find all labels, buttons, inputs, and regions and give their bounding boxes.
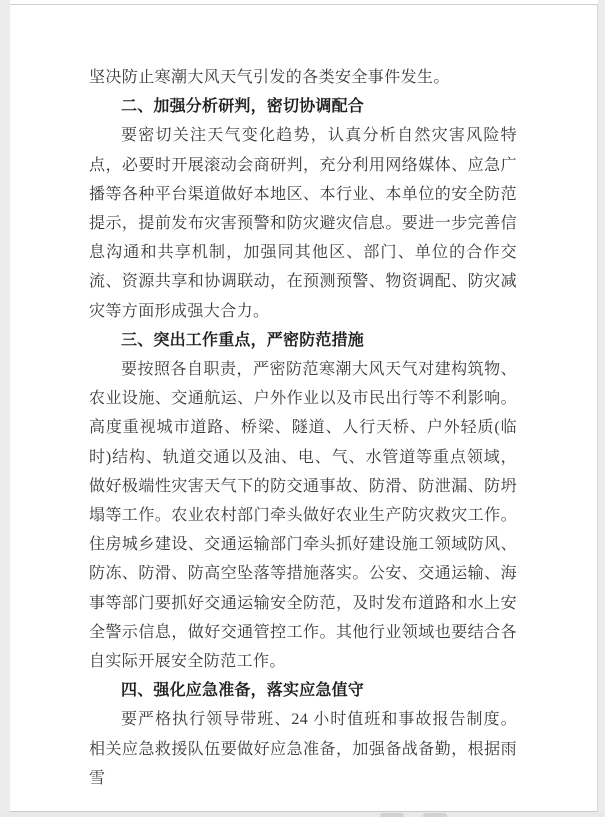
section-3-paragraph: 要按照各自职责，严密防范寒潮大风天气对建构筑物、农业设施、交通航运、户外作业以及…: [89, 355, 517, 676]
bottom-scrollbar-track: [0, 812, 605, 817]
scrollbar-thumb[interactable]: [380, 813, 404, 817]
section-heading-3: 三、突出工作重点，严密防范措施: [89, 326, 517, 355]
scrollbar-thumb[interactable]: [423, 813, 447, 817]
section-heading-2: 二、加强分析研判，密切协调配合: [89, 92, 517, 121]
section-4-paragraph: 要严格执行领导带班、24 小时值班和事故报告制度。相关应急救援队伍要做好应急准备…: [89, 705, 517, 793]
section-2-paragraph: 要密切关注天气变化趋势，认真分析自然灾害风险特点，必要时开展滚动会商研判，充分利…: [89, 121, 517, 325]
page-text-area: 坚决防止寒潮大风天气引发的各类安全事件发生。 二、加强分析研判，密切协调配合 要…: [10, 5, 597, 793]
section-heading-4: 四、强化应急准备，落实应急值守: [89, 676, 517, 705]
document-viewer: 坚决防止寒潮大风天气引发的各类安全事件发生。 二、加强分析研判，密切协调配合 要…: [0, 0, 605, 817]
document-page: 坚决防止寒潮大风天气引发的各类安全事件发生。 二、加强分析研判，密切协调配合 要…: [10, 5, 598, 812]
paragraph-continuation: 坚决防止寒潮大风天气引发的各类安全事件发生。: [89, 63, 517, 92]
